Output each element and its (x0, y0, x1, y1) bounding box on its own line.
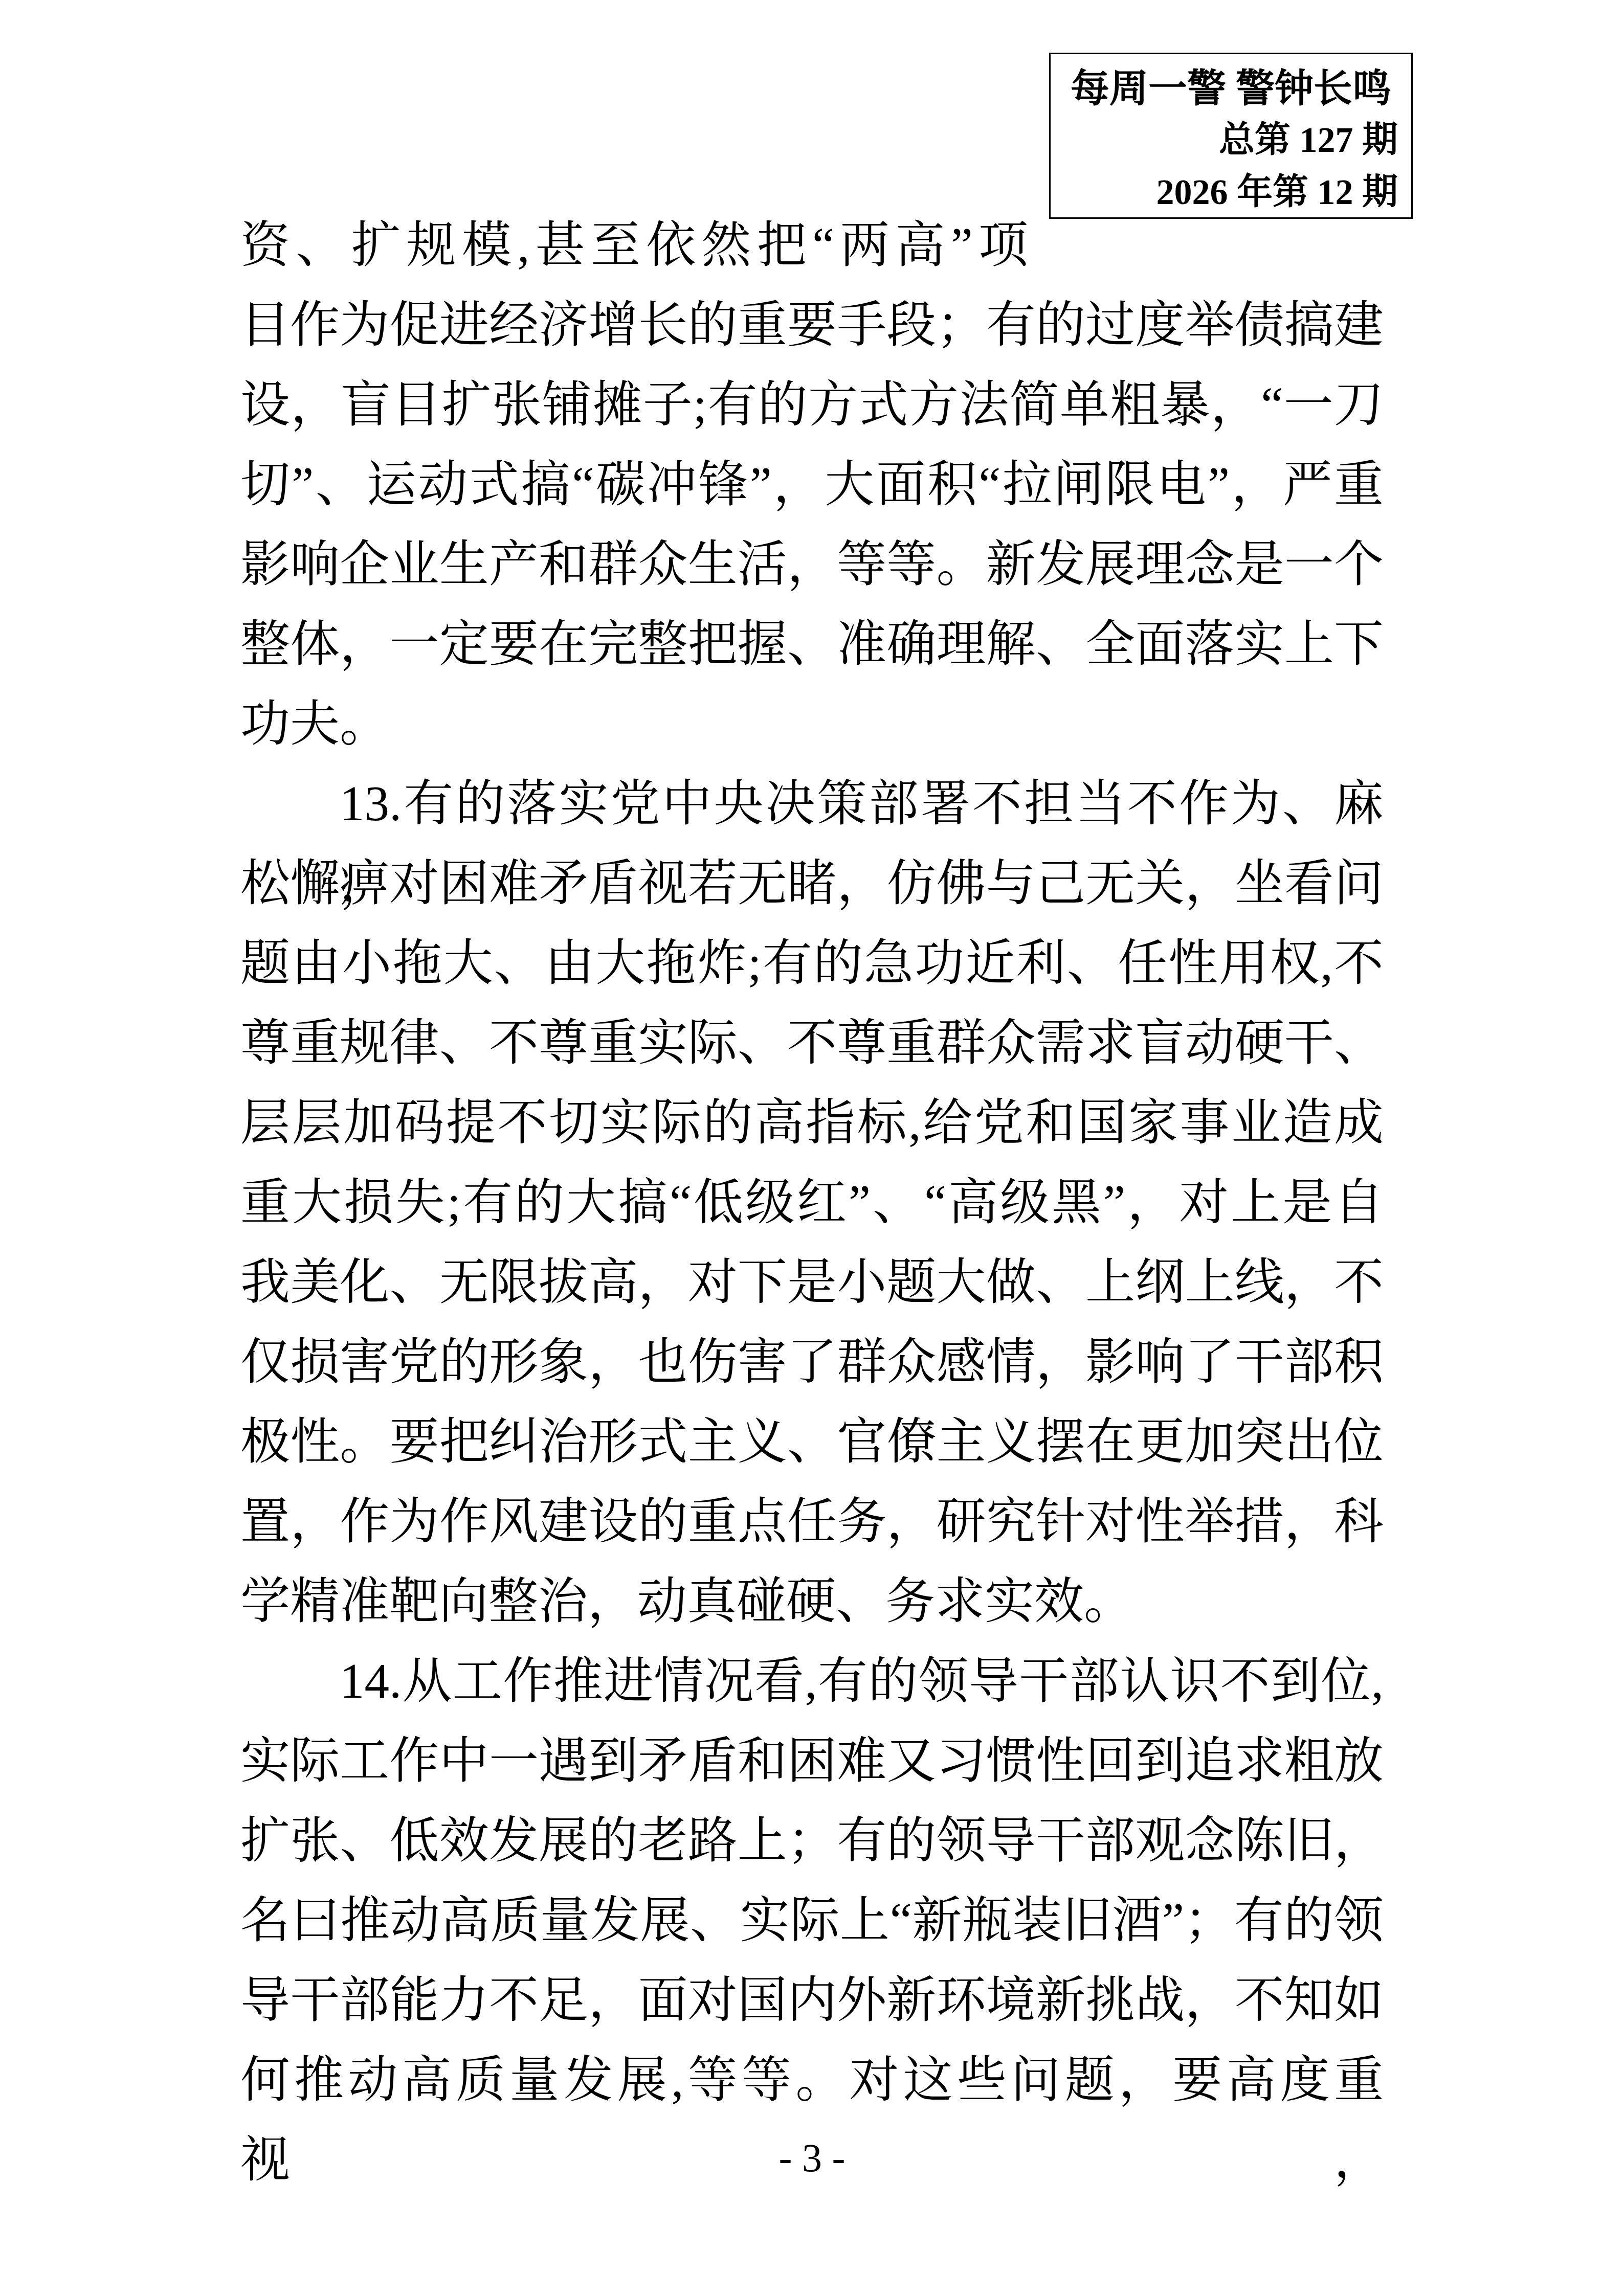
issue-number-total: 总第 127 期 (1051, 115, 1411, 167)
text-line: 我美化、无限拔高，对下是小题大做、上纲上线，不 (240, 1243, 1384, 1322)
text-line: 影响企业生产和群众生活，等等。新发展理念是一个 (240, 525, 1384, 604)
issue-header-box: 每周一警 警钟长鸣 总第 127 期 2026 年第 12 期 (1049, 53, 1413, 219)
text-line: 仅损害党的形象，也伤害了群众感情，影响了干部积 (240, 1322, 1384, 1402)
text-line: 目作为促进经济增长的重要手段；有的过度举债搞建 (240, 285, 1384, 365)
text-line: 何推动高质量发展,等等。对这些问题，要高度重视， (240, 2040, 1384, 2120)
text-line: 扩张、低效发展的老路上；有的领导干部观念陈旧， (240, 1801, 1384, 1881)
text-line: 层层加码提不切实际的高指标,给党和国家事业造成 (240, 1083, 1384, 1163)
text-line: 整体，一定要在完整把握、准确理解、全面落实上下 (240, 604, 1384, 684)
text-line: 名曰推动高质量发展、实际上“新瓶装旧酒”；有的领 (240, 1881, 1384, 1961)
text-line: 题由小拖大、由大拖炸;有的急功近利、任性用权,不 (240, 924, 1384, 1003)
text-line: 学精准靶向整治，动真碰硬、务求实效。 (240, 1562, 1384, 1641)
text-line: 实际工作中一遇到矛盾和困难又习惯性回到追求粗放 (240, 1721, 1384, 1801)
text-line: 导干部能力不足，面对国内外新环境新挑战，不知如 (240, 1961, 1384, 2040)
document-page: 每周一警 警钟长鸣 总第 127 期 2026 年第 12 期 资、扩规模,甚至… (0, 0, 1624, 2296)
page-number: - 3 - (0, 2137, 1624, 2178)
text-line: 切”、运动式搞“碳冲锋”，大面积“拉闸限电”，严重 (240, 445, 1384, 525)
text-line: 重大损失;有的大搞“低级红”、“高级黑”，对上是自 (240, 1163, 1384, 1243)
text-line: 松懈，对困难矛盾视若无睹，仿佛与己无关，坐看问 (240, 844, 1384, 924)
text-line: 14.从工作推进情况看,有的领导干部认识不到位, (240, 1641, 1384, 1721)
text-line: 功夫。 (240, 684, 1384, 764)
text-line: 尊重规律、不尊重实际、不尊重群众需求盲动硬干、 (240, 1003, 1384, 1083)
document-body: 资、扩规模,甚至依然把“两高”项 目作为促进经济增长的重要手段；有的过度举债搞建… (240, 206, 1384, 2120)
text-line: 资、扩规模,甚至依然把“两高”项 (240, 206, 1028, 285)
header-slogan: 每周一警 警钟长鸣 (1051, 63, 1411, 115)
text-line: 设，盲目扩张铺摊子;有的方式方法简单粗暴，“一刀 (240, 365, 1384, 445)
text-line: 置，作为作风建设的重点任务，研究针对性举措，科 (240, 1482, 1384, 1562)
text-line: 13.有的落实党中央决策部署不担当不作为、麻痹 (240, 764, 1384, 844)
text-line: 极性。要把纠治形式主义、官僚主义摆在更加突出位 (240, 1402, 1384, 1482)
